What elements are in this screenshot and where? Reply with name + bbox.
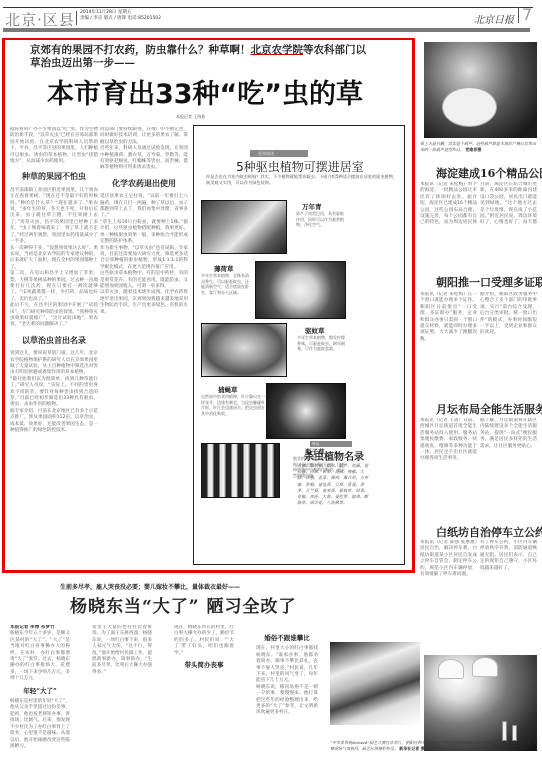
paragraph: 延庆县果农王宝柱说，“以前一年要打七八遍药，现在只打一两遍，种了草以后，虫子都跑… [100, 194, 188, 220]
subheading: 种草的果园不怕虫 [10, 173, 98, 179]
plant-photo-venus-flytrap [266, 383, 346, 439]
feature-byline: 本报记者 王海燕 [176, 114, 205, 120]
plant-photo-pitcher-plant [201, 443, 280, 498]
paragraph: 昌平南邵镇工业园区附近果园里，几个果农正在查看果树。“现在还不是最不好的时候吗。… [10, 188, 98, 246]
chef-hat [438, 659, 464, 679]
paragraph: 以草灭虫，随着技术逐步成熟，化学农药将逐步退出果园，京郊果园将越来越多地采用生物… [100, 290, 188, 316]
paragraph: 杨晓东今年五十多岁，是顺义区某村的“大了”。“大了”是当地对红白喜事操办人的称呼… [10, 631, 70, 682]
photo-railway [330, 642, 420, 725]
newspaper-page: 北京·区县 2014年11月28日 星期五 责编 / 李京 版式 / 唐锋 电话… [0, 0, 542, 766]
paragraph: 头一次种得不多，“没想到效果这么好”。果农说，当初是北京农学院的专家建议种的，后… [10, 246, 98, 272]
plant-desc: 多年生草本植物，全株有清凉香气，可以驱赶蚊虫，还能清新空气，适合摆放在卧室、客厅… [201, 273, 251, 319]
plant-photo-geranium [201, 323, 287, 377]
story-column: 目前，海淀区正结合城市更新，在400多米的距离内建设口袋公园，居民出门就能见到绿… [480, 182, 537, 224]
photo-credit: 党维祥摄 [465, 147, 481, 152]
subheading: 带头简办丧事 [174, 662, 234, 668]
paragraph: 第二次，在房山和昌平上又增加了苹果、梨、大桃等果树品种的果园。过去种一亩地要打好… [10, 271, 98, 303]
plant-desc: 多年生草本植物，散发柠檬香味，可驱赶蚊虫，耐旱耐寒，可作为庭院盆栽。 [297, 335, 345, 375]
masthead-top-rule [3, 7, 533, 8]
paragraph: 杨晓东是村里的年轻“大了”，他从父亲手里接过这份差事。起初，他也按老规矩办事，讲… [10, 699, 70, 750]
story-column: 本报讯（记者 朱松梅）在一个窗口就能办理多个证件。朝阳区日前推出“一口受理、多证… [420, 292, 477, 372]
story-column: 据介绍，朝阳区政务服务中心整合了多个部门的审批事项，实行“前台综合受理、后台分类… [480, 292, 537, 372]
utensil [502, 721, 507, 741]
utensil [512, 725, 517, 741]
paragraph: 作为新生事物，“以草灭虫”也有局限。专家说，目前还需要加大研究力度，筛选更多适合… [100, 246, 188, 272]
paragraph: 现在，杨晓东所在的村里，红白事大操大办的少了，勤俭节约的多了。村民们说：“‘大了… [174, 625, 234, 657]
subheading: 化学农药退出使用 [100, 180, 188, 186]
kicker-text: 京郊有的果园不打农药，防虫靠什么？种草啊！ [30, 44, 251, 56]
paragraph: 据你看吗？办不少果园以“吃”虫。作为生物防治新手段，“以草灭虫”已经在京郊局部果… [10, 127, 98, 165]
paragraph: 这些驱虫草本植物中，有的是中药材，有的是观赏花卉，有的还能食用。既能防虫，又能增… [100, 271, 188, 290]
chef-hat [472, 657, 498, 677]
section-title: 北京·区县 [5, 9, 75, 30]
sidebar-title: 5种驱虫植物可摆进居室 [200, 158, 400, 175]
photo-caption: “中华美食展showed”厨艺大赛在京举行，朝阳区和平街街道小学生社区居民和专业… [330, 740, 538, 751]
story-column: 据了解，月坛街道将在辖区内陆续建设多个全能生活服务站，提供“一站式”便民服务，满… [480, 418, 537, 494]
plant-name: 万年青 [302, 202, 322, 211]
paragraph: “草生上每10只白粉虱，就要种上1株。”据介绍，这些驱虫植物搭配种植，效果更好。… [100, 220, 188, 246]
paragraph: 此后不久，在昌平区的果园中开展了“试验田”，专门研究种草防虫的效果。“我种草灭虫… [10, 303, 98, 329]
story-column: 有了停车公约，小区内车辆停放秩序井然，消防通道畅通无阻。居民们表示，自己定的规矩… [480, 540, 537, 612]
subheading: 年轻“大了” [10, 688, 70, 694]
feature-column-1: 据你看吗？办不少果园以“吃”虫。作为生物防治新手段，“以草灭虫”已经在京郊局部果… [10, 127, 98, 567]
sidebar-tag: 延伸阅读 [250, 150, 308, 157]
page-number: 7 [518, 7, 532, 23]
subheading: 婚俗不跟谁攀比 [256, 635, 318, 641]
masthead-bar [3, 28, 530, 32]
photo-credit: 新华社记者 摄 [399, 746, 424, 751]
masthead-info: 2014年11月28日 星期五 责编 / 李京 版式 / 唐锋 电话:85201… [80, 10, 161, 22]
feature-column-2: 同总部门要持续跟进，在推广中不断完善，同时做好技术培训，让更多的果农了解、掌握以… [100, 127, 188, 433]
paper-logo: 北京日报 [474, 11, 514, 26]
lower-headline: 杨晓东当“大了” 陋习全改了 [70, 592, 296, 617]
feature-kicker: 京郊有的果园不打农药，防虫靠什么？种草啊！北京农学院等农科部门以草治虫迈出第一步… [30, 44, 370, 70]
sidebar-intro: 你是否也在为室内蚊虫烦恼？其实，不少植物就能帮你驱虫。下面介绍5种适合摆放在居室… [206, 174, 398, 186]
photo-gourd-farmer [424, 42, 537, 138]
story-headline: 朝阳推一口受理多证联办 [436, 274, 542, 290]
plant-photo-mint [255, 261, 346, 319]
plant-desc: 原产于南美巴西，具有驱蚊作用，同时可以作为观赏植物，净化空气。 [296, 211, 344, 251]
lower-kicker: 生前多尽孝，雇人哭丧没必要；婴儿嫁妆不攀比，量体裁衣最好—— [60, 582, 240, 591]
story-column: 本报讯（记者 王蔷）日前，西城区月坛街道首批全能生活服务站投入使用。服务站集便民… [420, 418, 477, 494]
story-column: 本报讯（记者 朱松梅）时下的海淀，一批精品公园让市民有了休闲好去处。据介绍，海淀… [420, 182, 477, 224]
plant-desc: 瓶状的叶片像一个个捕虫瓶，瓶口分泌蜜汁吸引昆虫，昆虫掉进瓶中后被消化吸收，是天然… [293, 456, 345, 498]
subheading: 以草治虫首出名录 [10, 337, 98, 343]
editor-credits: 责编 / 李京 版式 / 唐锋 电话:85201502 [80, 16, 161, 22]
plant-name: 捕蝇草 [218, 385, 238, 394]
photo-chefs-contest [424, 655, 537, 751]
plant-photo-dieffenbachia [201, 200, 287, 254]
photo-caption: 看上去是只鹅，其实是个葫芦。这些葫芦都是本地农户精心培育出来的一批葫芦造型作品。… [420, 141, 538, 152]
masthead: 北京·区县 2014年11月28日 星期五 责编 / 李京 版式 / 唐锋 电话… [0, 0, 542, 32]
lower-column-4: 婚俗不跟谁攀比 现在，村里大小的红白事都找杨晓东。“谁家办事，他都劝着简办。婚事… [256, 625, 318, 766]
plant-desc: 自然界中的食肉植物，叶片像贝壳一样张开，边缘有刺毛，当昆虫触碰叶片时，叶片会迅速… [201, 394, 267, 440]
paragraph: 现在，村里大小的红白事都找杨晓东。“谁家办事，他都劝着简办。婚事不攀比彩礼，丧事… [256, 646, 318, 684]
lower-column-2: 家里不大富的也往往比着排场，为了面子东拼西凑。杨晓东说，一场红白事下来，很多人家… [92, 625, 152, 766]
paragraph: “最开始我们以为很简单，找到几种草就行了。”研究人员说，“实际上，不同的害虫喜欢… [10, 377, 98, 409]
plant-name: 薄荷草 [214, 264, 234, 273]
lower-column-1: 本报记者 李博 祁梦竹 杨晓东今年五十多岁，是顺义区某村的“大了”。“大了”是当… [10, 625, 70, 766]
story-column: 本报讯（记者 陈强 张惠惠）居民自治，解决停车难。白纸坊街道某小区居民自发成立停… [420, 540, 477, 636]
paragraph: 据专家介绍，目前在北京地区已有多个示范点推广，涉及果园面积112亩。以草治虫，成… [10, 409, 98, 435]
story-headline: 海淀建成16个精品公园 [436, 165, 542, 181]
paragraph: 近些年来，科研人员通过试验发现，在果园中种植薄荷、薰衣草、万寿菊、罗勒等，能有效… [100, 146, 188, 172]
paragraph: 杨晓东说，移风易俗不是一朝一夕的事，要慢慢来。他打算把这些年的经验整理出来，给更… [256, 685, 318, 717]
kicker-highlight: 北京农学院 [251, 44, 304, 56]
paragraph: 同总部门要持续跟进，在推广中不断完善，同时做好技术培训，让更多的果农了解、掌握以… [100, 127, 188, 146]
lower-column-3: 现在，杨晓东所在的村里，红白事大操大办的少了，勤俭节约的多了。村民们说：“‘大了… [174, 625, 234, 766]
paragraph: 说到这儿，要说说草的门道。这几年，北京农学院植物保护系的研究人员在京郊果园里做了… [10, 351, 98, 377]
masthead-divider [76, 11, 77, 25]
plant-name: 驱蚊草 [305, 326, 325, 335]
gourd-shape [442, 87, 497, 127]
story-headline: 月坛布局全能生活服务站 [436, 401, 542, 417]
feature-headline: 本市育出33种“吃”虫的草 [15, 72, 395, 111]
story-headline: 白纸坊自治停车立公约 [436, 524, 542, 540]
caption-text: “中华美食展showed”厨艺大赛在京举行，朝阳区和平街街道小学生社区居民和专业… [330, 740, 537, 751]
plant-name: 瓶子草 [305, 447, 325, 456]
